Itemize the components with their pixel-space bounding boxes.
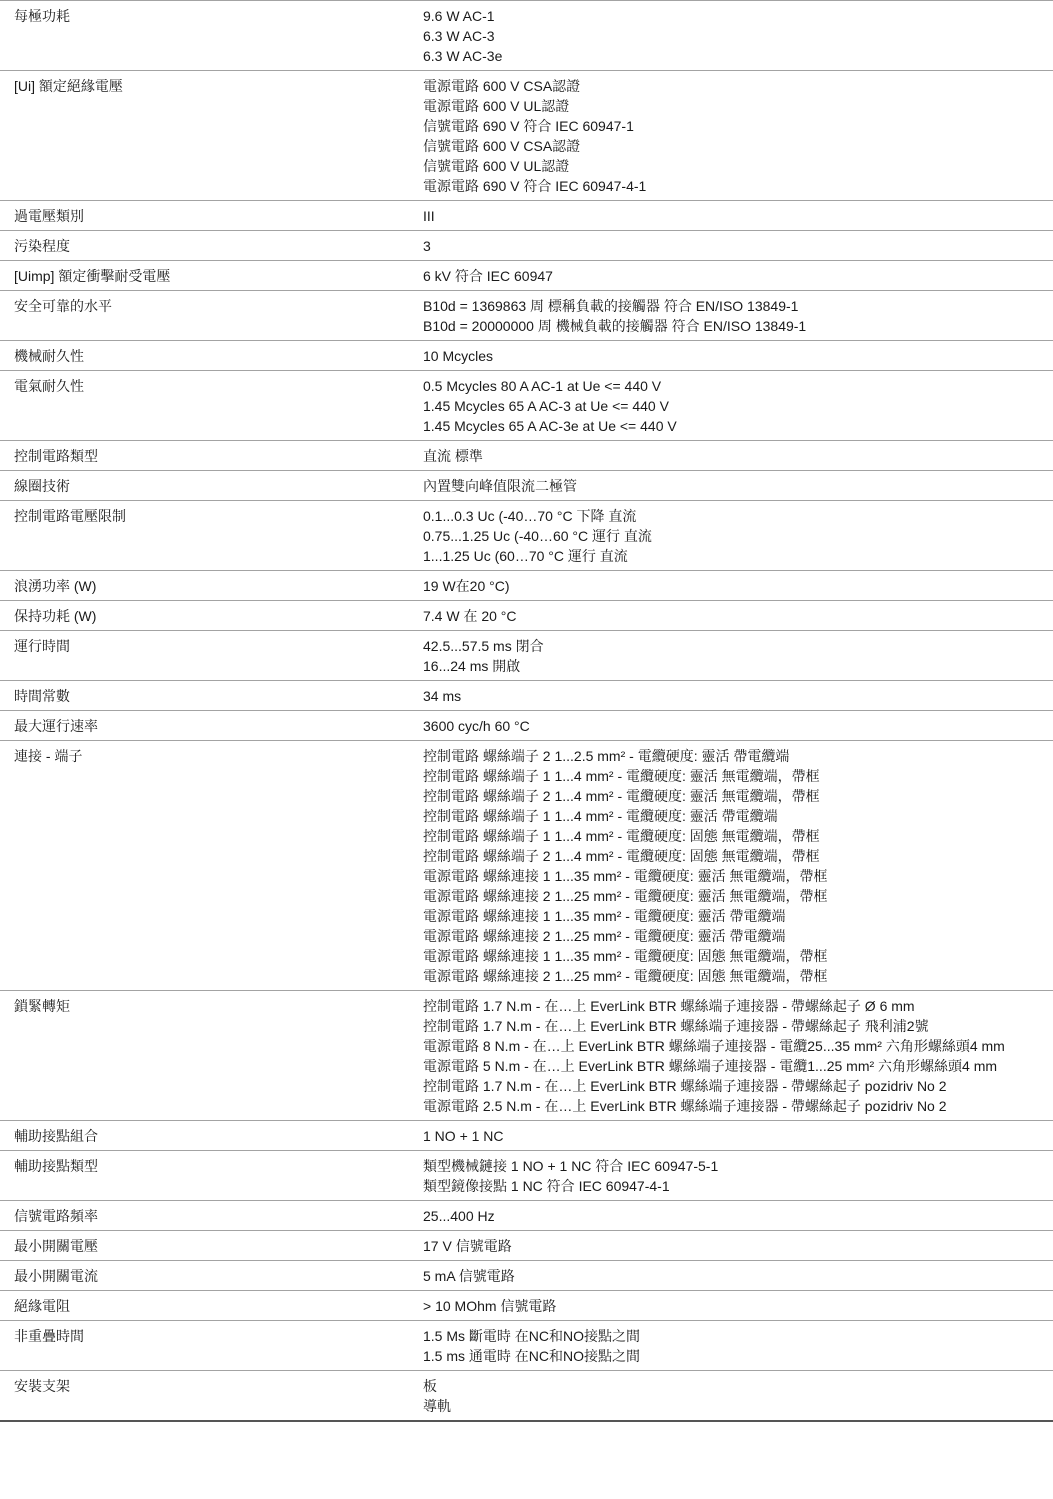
spec-values: 10 Mcycles <box>423 346 1043 366</box>
spec-value-line: 控制電路 螺絲端子 2 1...2.5 mm² - 電纜硬度: 靈活 帶電纜端 <box>423 746 1043 766</box>
spec-value-line: 電源電路 螺絲連接 2 1...25 mm² - 電纜硬度: 靈活 無電纜端，帶… <box>423 886 1043 906</box>
spec-value-line: 0.1...0.3 Uc (-40…70 °C 下降 直流 <box>423 506 1043 526</box>
spec-values: 3600 cyc/h 60 °C <box>423 716 1043 736</box>
spec-value-line: 17 V 信號電路 <box>423 1236 1043 1256</box>
spec-values: III <box>423 206 1043 226</box>
spec-table: 每極功耗9.6 W AC-16.3 W AC-36.3 W AC-3e[Ui] … <box>0 0 1053 1422</box>
spec-values: 42.5...57.5 ms 閉合16...24 ms 開啟 <box>423 636 1043 676</box>
spec-value-line: 1.5 Ms 斷電時 在NC和NO接點之間 <box>423 1326 1043 1346</box>
spec-value-line: 25...400 Hz <box>423 1206 1043 1226</box>
spec-values: 6 kV 符合 IEC 60947 <box>423 266 1043 286</box>
spec-value-line: 19 W在20 °C) <box>423 576 1043 596</box>
spec-value-line: 控制電路 1.7 N.m - 在…上 EverLink BTR 螺絲端子連接器 … <box>423 996 1043 1016</box>
table-row: 絕緣電阻> 10 MOhm 信號電路 <box>0 1290 1053 1320</box>
table-row: 最小開關電壓17 V 信號電路 <box>0 1230 1053 1260</box>
table-row: 電氣耐久性0.5 Mcycles 80 A AC-1 at Ue <= 440 … <box>0 370 1053 440</box>
table-row: [Ui] 額定絕緣電壓電源電路 600 V CSA認證電源電路 600 V UL… <box>0 70 1053 200</box>
table-row: 控制電路電壓限制0.1...0.3 Uc (-40…70 °C 下降 直流0.7… <box>0 500 1053 570</box>
spec-label: 輔助接點組合 <box>14 1126 423 1146</box>
spec-label: 保持功耗 (W) <box>14 606 423 626</box>
table-row: 機械耐久性10 Mcycles <box>0 340 1053 370</box>
spec-values: 0.5 Mcycles 80 A AC-1 at Ue <= 440 V1.45… <box>423 376 1043 436</box>
table-row: 每極功耗9.6 W AC-16.3 W AC-36.3 W AC-3e <box>0 0 1053 70</box>
table-row: 最大運行速率3600 cyc/h 60 °C <box>0 710 1053 740</box>
spec-value-line: 信號電路 600 V CSA認證 <box>423 136 1043 156</box>
spec-value-line: 1 NO + 1 NC <box>423 1126 1043 1146</box>
spec-label: 控制電路類型 <box>14 446 423 466</box>
spec-values: 控制電路 1.7 N.m - 在…上 EverLink BTR 螺絲端子連接器 … <box>423 996 1043 1116</box>
table-row: 運行時間42.5...57.5 ms 閉合16...24 ms 開啟 <box>0 630 1053 680</box>
spec-value-line: 16...24 ms 開啟 <box>423 656 1043 676</box>
spec-label: [Ui] 額定絕緣電壓 <box>14 76 423 96</box>
spec-label: 輔助接點類型 <box>14 1156 423 1176</box>
spec-label: 絕緣電阻 <box>14 1296 423 1316</box>
spec-value-line: 0.75...1.25 Uc (-40…60 °C 運行 直流 <box>423 526 1043 546</box>
spec-value-line: > 10 MOhm 信號電路 <box>423 1296 1043 1316</box>
spec-label: 時間常數 <box>14 686 423 706</box>
spec-label: 安裝支架 <box>14 1376 423 1396</box>
spec-value-line: 6 kV 符合 IEC 60947 <box>423 266 1043 286</box>
spec-value-line: 控制電路 1.7 N.m - 在…上 EverLink BTR 螺絲端子連接器 … <box>423 1016 1043 1036</box>
table-row: [Uimp] 額定衝擊耐受電壓6 kV 符合 IEC 60947 <box>0 260 1053 290</box>
spec-values: 電源電路 600 V CSA認證電源電路 600 V UL認證信號電路 690 … <box>423 76 1043 196</box>
spec-label: 控制電路電壓限制 <box>14 506 423 526</box>
spec-values: 板導軌 <box>423 1376 1043 1416</box>
spec-value-line: 直流 標準 <box>423 446 1043 466</box>
spec-label: 最大運行速率 <box>14 716 423 736</box>
spec-values: 0.1...0.3 Uc (-40…70 °C 下降 直流0.75...1.25… <box>423 506 1043 566</box>
spec-value-line: 5 mA 信號電路 <box>423 1266 1043 1286</box>
spec-value-line: 電源電路 螺絲連接 1 1...35 mm² - 電纜硬度: 靈活 帶電纜端 <box>423 906 1043 926</box>
spec-value-line: 9.6 W AC-1 <box>423 6 1043 26</box>
table-row: 污染程度3 <box>0 230 1053 260</box>
spec-value-line: 3600 cyc/h 60 °C <box>423 716 1043 736</box>
spec-label: 污染程度 <box>14 236 423 256</box>
table-row: 過電壓類別III <box>0 200 1053 230</box>
spec-value-line: 控制電路 螺絲端子 2 1...4 mm² - 電纜硬度: 固態 無電纜端，帶框 <box>423 846 1043 866</box>
spec-label: 電氣耐久性 <box>14 376 423 396</box>
table-row: 時間常數34 ms <box>0 680 1053 710</box>
spec-value-line: 0.5 Mcycles 80 A AC-1 at Ue <= 440 V <box>423 376 1043 396</box>
spec-value-line: 1.5 ms 通電時 在NC和NO接點之間 <box>423 1346 1043 1366</box>
spec-value-line: 電源電路 600 V UL認證 <box>423 96 1043 116</box>
spec-label: 線圈技術 <box>14 476 423 496</box>
spec-value-line: 控制電路 螺絲端子 1 1...4 mm² - 電纜硬度: 靈活 無電纜端，帶框 <box>423 766 1043 786</box>
spec-value-line: 類型機械鏈接 1 NO + 1 NC 符合 IEC 60947-5-1 <box>423 1156 1043 1176</box>
spec-label: 鎖緊轉矩 <box>14 996 423 1016</box>
spec-value-line: 1.45 Mcycles 65 A AC-3 at Ue <= 440 V <box>423 396 1043 416</box>
spec-value-line: 6.3 W AC-3 <box>423 26 1043 46</box>
spec-value-line: III <box>423 206 1043 226</box>
spec-value-line: 3 <box>423 236 1043 256</box>
spec-label: 機械耐久性 <box>14 346 423 366</box>
spec-label: 每極功耗 <box>14 6 423 26</box>
spec-values: > 10 MOhm 信號電路 <box>423 1296 1043 1316</box>
table-row: 輔助接點類型類型機械鏈接 1 NO + 1 NC 符合 IEC 60947-5-… <box>0 1150 1053 1200</box>
spec-values: 5 mA 信號電路 <box>423 1266 1043 1286</box>
spec-values: 7.4 W 在 20 °C <box>423 606 1043 626</box>
spec-values: 17 V 信號電路 <box>423 1236 1043 1256</box>
spec-value-line: 1.45 Mcycles 65 A AC-3e at Ue <= 440 V <box>423 416 1043 436</box>
spec-values: 類型機械鏈接 1 NO + 1 NC 符合 IEC 60947-5-1類型鏡像接… <box>423 1156 1043 1196</box>
spec-value-line: 42.5...57.5 ms 閉合 <box>423 636 1043 656</box>
table-row: 浪湧功率 (W)19 W在20 °C) <box>0 570 1053 600</box>
table-row: 線圈技術內置雙向峰值限流二極管 <box>0 470 1053 500</box>
spec-label: 非重疊時間 <box>14 1326 423 1346</box>
spec-values: 3 <box>423 236 1043 256</box>
spec-value-line: 電源電路 600 V CSA認證 <box>423 76 1043 96</box>
spec-values: 1.5 Ms 斷電時 在NC和NO接點之間1.5 ms 通電時 在NC和NO接點… <box>423 1326 1043 1366</box>
table-row: 保持功耗 (W)7.4 W 在 20 °C <box>0 600 1053 630</box>
spec-values: 9.6 W AC-16.3 W AC-36.3 W AC-3e <box>423 6 1043 66</box>
spec-value-line: 內置雙向峰值限流二極管 <box>423 476 1043 496</box>
spec-value-line: 電源電路 2.5 N.m - 在…上 EverLink BTR 螺絲端子連接器 … <box>423 1096 1043 1116</box>
spec-values: 25...400 Hz <box>423 1206 1043 1226</box>
spec-value-line: 板 <box>423 1376 1043 1396</box>
spec-value-line: 信號電路 690 V 符合 IEC 60947-1 <box>423 116 1043 136</box>
table-row: 安全可靠的水平B10d = 1369863 周 標稱負載的接觸器 符合 EN/I… <box>0 290 1053 340</box>
spec-values: 控制電路 螺絲端子 2 1...2.5 mm² - 電纜硬度: 靈活 帶電纜端控… <box>423 746 1043 986</box>
spec-label: 運行時間 <box>14 636 423 656</box>
spec-value-line: 電源電路 690 V 符合 IEC 60947-4-1 <box>423 176 1043 196</box>
spec-value-line: 控制電路 螺絲端子 1 1...4 mm² - 電纜硬度: 靈活 帶電纜端 <box>423 806 1043 826</box>
spec-value-line: 導軌 <box>423 1396 1043 1416</box>
spec-label: 最小開關電壓 <box>14 1236 423 1256</box>
spec-value-line: 電源電路 5 N.m - 在…上 EverLink BTR 螺絲端子連接器 - … <box>423 1056 1043 1076</box>
spec-value-line: 信號電路 600 V UL認證 <box>423 156 1043 176</box>
spec-value-line: 控制電路 螺絲端子 2 1...4 mm² - 電纜硬度: 靈活 無電纜端，帶框 <box>423 786 1043 806</box>
spec-values: 34 ms <box>423 686 1043 706</box>
spec-value-line: B10d = 1369863 周 標稱負載的接觸器 符合 EN/ISO 1384… <box>423 296 1043 316</box>
spec-label: 信號電路頻率 <box>14 1206 423 1226</box>
table-row: 非重疊時間1.5 Ms 斷電時 在NC和NO接點之間1.5 ms 通電時 在NC… <box>0 1320 1053 1370</box>
spec-value-line: B10d = 20000000 周 機械負載的接觸器 符合 EN/ISO 138… <box>423 316 1043 336</box>
spec-values: 19 W在20 °C) <box>423 576 1043 596</box>
spec-label: 過電壓類別 <box>14 206 423 226</box>
specification-page: 每極功耗9.6 W AC-16.3 W AC-36.3 W AC-3e[Ui] … <box>0 0 1053 1422</box>
table-row: 安裝支架板導軌 <box>0 1370 1053 1420</box>
table-row: 控制電路類型直流 標準 <box>0 440 1053 470</box>
spec-label: 安全可靠的水平 <box>14 296 423 316</box>
spec-value-line: 電源電路 螺絲連接 2 1...25 mm² - 電纜硬度: 靈活 帶電纜端 <box>423 926 1043 946</box>
table-row: 輔助接點組合1 NO + 1 NC <box>0 1120 1053 1150</box>
spec-value-line: 電源電路 8 N.m - 在…上 EverLink BTR 螺絲端子連接器 - … <box>423 1036 1043 1056</box>
spec-values: 直流 標準 <box>423 446 1043 466</box>
table-row: 連接 - 端子控制電路 螺絲端子 2 1...2.5 mm² - 電纜硬度: 靈… <box>0 740 1053 990</box>
spec-value-line: 7.4 W 在 20 °C <box>423 606 1043 626</box>
spec-value-line: 電源電路 螺絲連接 1 1...35 mm² - 電纜硬度: 固態 無電纜端，帶… <box>423 946 1043 966</box>
table-row: 最小開關電流5 mA 信號電路 <box>0 1260 1053 1290</box>
table-row: 鎖緊轉矩控制電路 1.7 N.m - 在…上 EverLink BTR 螺絲端子… <box>0 990 1053 1120</box>
spec-value-line: 電源電路 螺絲連接 1 1...35 mm² - 電纜硬度: 靈活 無電纜端，帶… <box>423 866 1043 886</box>
spec-value-line: 1...1.25 Uc (60…70 °C 運行 直流 <box>423 546 1043 566</box>
spec-label: 浪湧功率 (W) <box>14 576 423 596</box>
spec-values: 1 NO + 1 NC <box>423 1126 1043 1146</box>
spec-value-line: 34 ms <box>423 686 1043 706</box>
spec-label: 連接 - 端子 <box>14 746 423 766</box>
spec-label: 最小開關電流 <box>14 1266 423 1286</box>
spec-value-line: 10 Mcycles <box>423 346 1043 366</box>
spec-value-line: 控制電路 螺絲端子 1 1...4 mm² - 電纜硬度: 固態 無電纜端，帶框 <box>423 826 1043 846</box>
spec-label: [Uimp] 額定衝擊耐受電壓 <box>14 266 423 286</box>
spec-value-line: 控制電路 1.7 N.m - 在…上 EverLink BTR 螺絲端子連接器 … <box>423 1076 1043 1096</box>
spec-values: 內置雙向峰值限流二極管 <box>423 476 1043 496</box>
spec-values: B10d = 1369863 周 標稱負載的接觸器 符合 EN/ISO 1384… <box>423 296 1043 336</box>
spec-value-line: 類型鏡像接點 1 NC 符合 IEC 60947-4-1 <box>423 1176 1043 1196</box>
table-row: 信號電路頻率25...400 Hz <box>0 1200 1053 1230</box>
spec-value-line: 6.3 W AC-3e <box>423 46 1043 66</box>
spec-value-line: 電源電路 螺絲連接 2 1...25 mm² - 電纜硬度: 固態 無電纜端，帶… <box>423 966 1043 986</box>
